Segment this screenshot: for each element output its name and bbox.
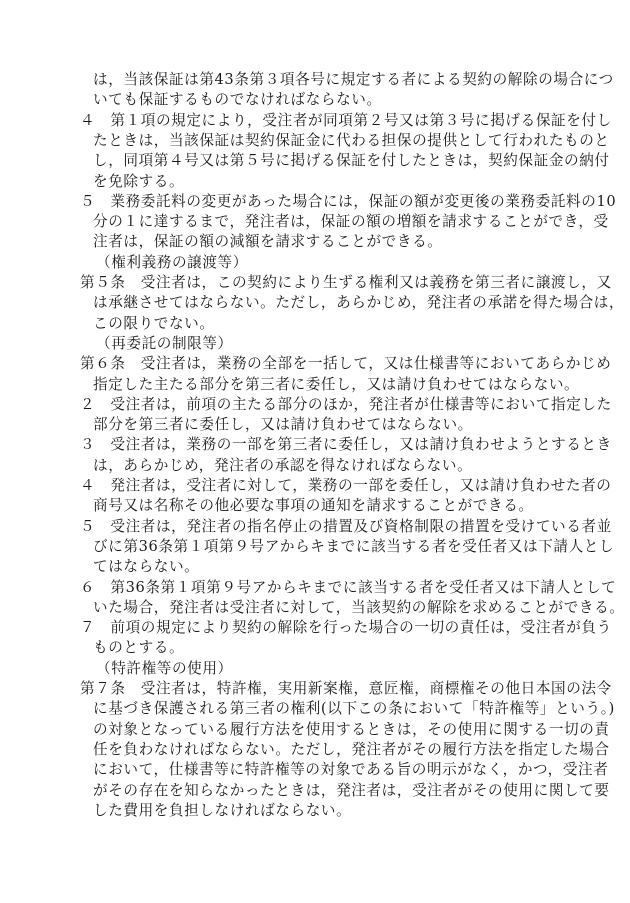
article-heading: （特許権等の使用） [96,659,233,679]
text-line: いた場合，発注者は受注者に対して，当該契約の解除を求めることができる。 [93,598,625,618]
text-line: し，同項第４号又は第５号に掲げる保証を付したときは，契約保証金の納付 [93,151,610,171]
clause-4-line: ４ 発注者は，受注者に対して，業務の一部を委任し，又は請け負わせた者の [80,476,612,496]
article-6-line: 第６条 受注者は，業務の全部を一括して，又は仕様書等においてあらかじめ [80,354,612,374]
clause-3-line: ３ 受注者は，業務の一部を第三者に委任し，又は請け負わせようとするとき [80,435,612,455]
text-line: の対象となっている履行方法を使用するときは，その使用に関する一切の責 [93,720,610,740]
clause-2-line: ２ 受注者は，前項の主たる部分のほか，発注者が仕様書等において指定した [80,395,612,415]
text-line: ものとする。 [93,638,184,658]
article-heading: （権利義務の譲渡等） [96,253,248,273]
text-line: びに第36条第１項第９号アからキまでに該当する者を受任者又は下請人とし [93,537,614,557]
text-line: たときは，当該保証は契約保証金に代わる担保の提供として行われたものと [93,131,610,151]
text-line: 注者は，保証の額の減額を請求することができる。 [93,232,442,252]
text-line: この限りでない。 [93,314,215,334]
article-7-line: 第７条 受注者は，特許権，実用新案権，意匠権，商標権その他日本国の法令 [80,679,612,699]
text-line: 部分を第三者に委任し，又は請け負わせてはならない。 [93,415,473,435]
article-heading: （再委託の制限等） [96,334,233,354]
text-line: 分の１に達するまで，発注者は，保証の額の増額を請求することができ，受 [93,212,609,232]
text-line: いても保証するものでなければならない。 [93,90,382,110]
article-5-line: 第５条 受注者は，この契約により生ずる権利又は義務を第三者に譲渡し，又 [80,273,612,293]
clause-5-line: ５ 受注者は，発注者の指名停止の措置及び資格制限の措置を受けている者並 [80,517,612,537]
text-line: した費用を負担しなければならない。 [93,801,351,821]
clause-4-line: ４ 第１項の規定により，受注者が同項第２号又は第３号に掲げる保証を付し [80,111,612,131]
clause-6-line: ６ 第36条第１項第９号アからキまでに該当する者を受任者又は下請人として [80,578,616,598]
text-line: は，当該保証は第43条第３項各号に規定する者による契約の解除の場合につ [93,70,614,90]
clause-7-line: ７ 前項の規定により契約の解除を行った場合の一切の責任は，受注者が負う [80,618,612,638]
text-line: 任を負わなければならない。ただし，発注者がその履行方法を指定した場合 [93,740,610,760]
text-line: は，あらかじめ，発注者の承認を得なければならない。 [93,456,472,476]
text-line: てはならない。 [93,557,199,577]
text-line: は承継させてはならない。ただし，あらかじめ，発注者の承諾を得た場合は， [93,293,624,313]
text-line: 指定した主たる部分を第三者に委任し，又は請け負わせてはならない。 [93,375,579,395]
clause-5-line: ５ 業務委託料の変更があった場合には，保証の額が変更後の業務委託料の10 [80,192,616,212]
text-line: に基づき保護される第三者の権利(以下この条において「特許権等」という。) [93,699,615,719]
text-line: において，仕様書等に特許権等の対象である旨の明示がなく，かつ，受注者 [93,760,608,780]
text-line: がその存在を知らなかったときは，発注者は，受注者がその使用に関して要 [93,781,610,801]
document-page: は，当該保証は第43条第３項各号に規定する者による契約の解除の場合につ いても保… [0,0,630,903]
text-line: 商号又は名称その他必要な事項の通知を請求することができる。 [93,496,534,516]
text-line: を免除する。 [93,172,184,192]
